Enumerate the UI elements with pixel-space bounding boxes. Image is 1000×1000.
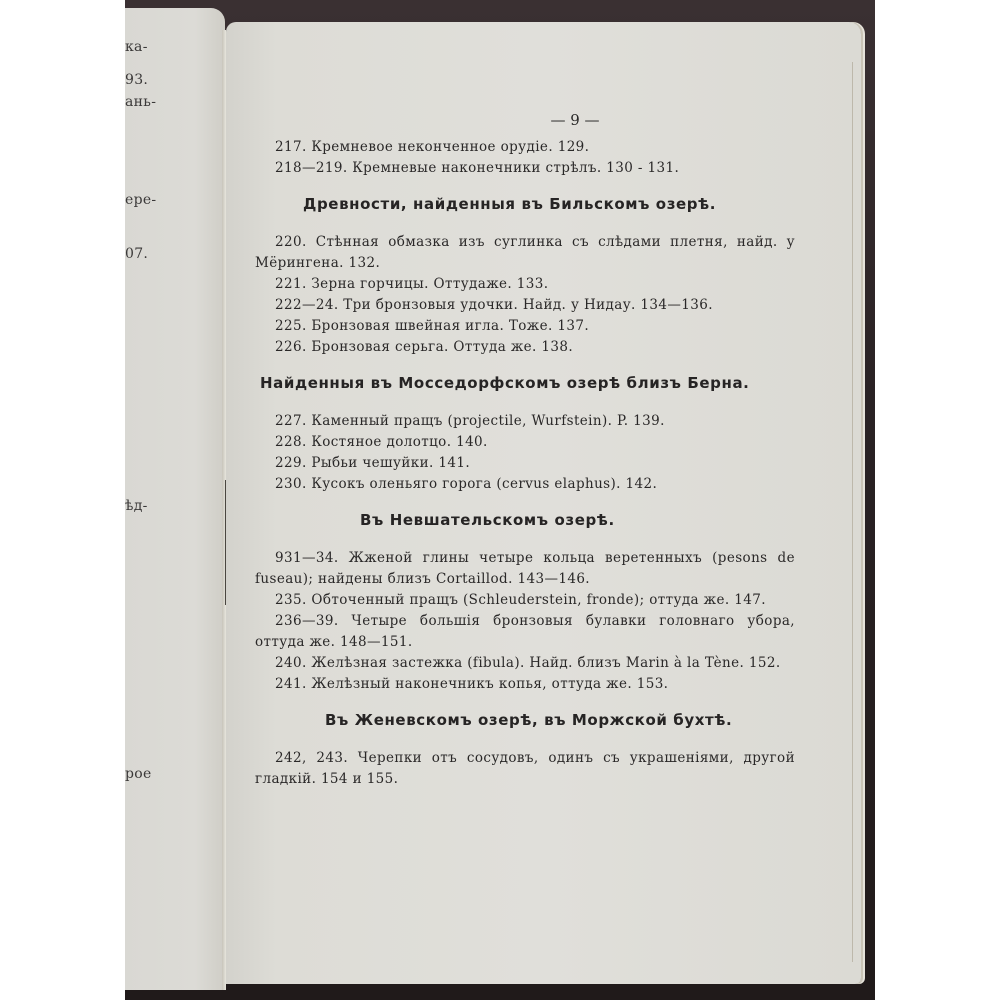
section-geneva: Въ Женевскомъ озерѣ, въ Моржской бухтѣ. … bbox=[255, 710, 795, 790]
section-intro: 217. Кремневое неконченное орудіе. 129. … bbox=[255, 137, 795, 179]
section-heading: Въ Невшательскомъ озерѣ. bbox=[255, 510, 795, 531]
catalog-entry: 242, 243. Черепки отъ сосудовъ, одинъ съ… bbox=[255, 748, 795, 790]
book-photo: ка- 93. ань- ере- 07. ѣд- рое — 9 — 217.… bbox=[125, 0, 875, 1000]
page-content: — 9 — 217. Кремневое неконченное орудіе.… bbox=[255, 110, 795, 790]
catalog-entry: 229. Рыбьи чешуйки. 141. bbox=[255, 453, 795, 474]
page-edge bbox=[852, 62, 853, 962]
catalog-entry: 217. Кремневое неконченное орудіе. 129. bbox=[255, 137, 795, 158]
section-neuchatel: Въ Невшательскомъ озерѣ. 931—34. Жженой … bbox=[255, 510, 795, 695]
left-text-fragment: рое bbox=[125, 766, 152, 782]
section-moosseedorf: Найденныя въ Мосседорфскомъ озерѣ близъ … bbox=[255, 373, 795, 495]
section-bielersee: Древности, найденныя въ Бильскомъ озерѣ.… bbox=[255, 194, 795, 358]
catalog-entry: 221. Зерна горчицы. Оттудаже. 133. bbox=[255, 274, 795, 295]
section-heading: Древности, найденныя въ Бильскомъ озерѣ. bbox=[255, 194, 795, 215]
left-text-fragment: ѣд- bbox=[125, 498, 148, 514]
catalog-entry: 240. Желѣзная застежка (fibula). Найд. б… bbox=[255, 653, 795, 674]
catalog-entry: 235. Обточенный пращъ (Schleuderstein, f… bbox=[255, 590, 795, 611]
catalog-entry: 225. Бронзовая швейная игла. Тоже. 137. bbox=[255, 316, 795, 337]
catalog-entry: 218—219. Кремневые наконечники стрѣлъ. 1… bbox=[255, 158, 795, 179]
section-heading: Найденныя въ Мосседорфскомъ озерѣ близъ … bbox=[255, 373, 795, 394]
left-text-fragment: ка- bbox=[125, 39, 148, 55]
left-text-fragment: 07. bbox=[125, 246, 148, 262]
left-text-fragment: ань- bbox=[125, 94, 156, 110]
catalog-entry: 226. Бронзовая серьга. Оттуда же. 138. bbox=[255, 337, 795, 358]
left-text-fragment: ере- bbox=[125, 192, 156, 208]
left-page: ка- 93. ань- ере- 07. ѣд- рое bbox=[125, 8, 225, 990]
catalog-entry: 228. Костяное долотцо. 140. bbox=[255, 432, 795, 453]
catalog-entry: 241. Желѣзный наконечникъ копья, оттуда … bbox=[255, 674, 795, 695]
catalog-entry: 227. Каменный пращъ (projectile, Wurfste… bbox=[255, 411, 795, 432]
catalog-entry: 236—39. Четыре большія бронзовыя булавки… bbox=[255, 611, 795, 653]
catalog-entry: 230. Кусокъ оленьяго горога (cervus elap… bbox=[255, 474, 795, 495]
catalog-entry: 222—24. Три бронзовыя удочки. Найд. у Ни… bbox=[255, 295, 795, 316]
catalog-entry: 931—34. Жженой глины четыре кольца верет… bbox=[255, 548, 795, 590]
catalog-entry: 220. Стѣнная обмазка изъ суглинка съ слѣ… bbox=[255, 232, 795, 274]
section-heading: Въ Женевскомъ озерѣ, въ Моржской бухтѣ. bbox=[255, 710, 795, 731]
left-text-fragment: 93. bbox=[125, 72, 148, 88]
page-number: — 9 — bbox=[355, 110, 795, 131]
